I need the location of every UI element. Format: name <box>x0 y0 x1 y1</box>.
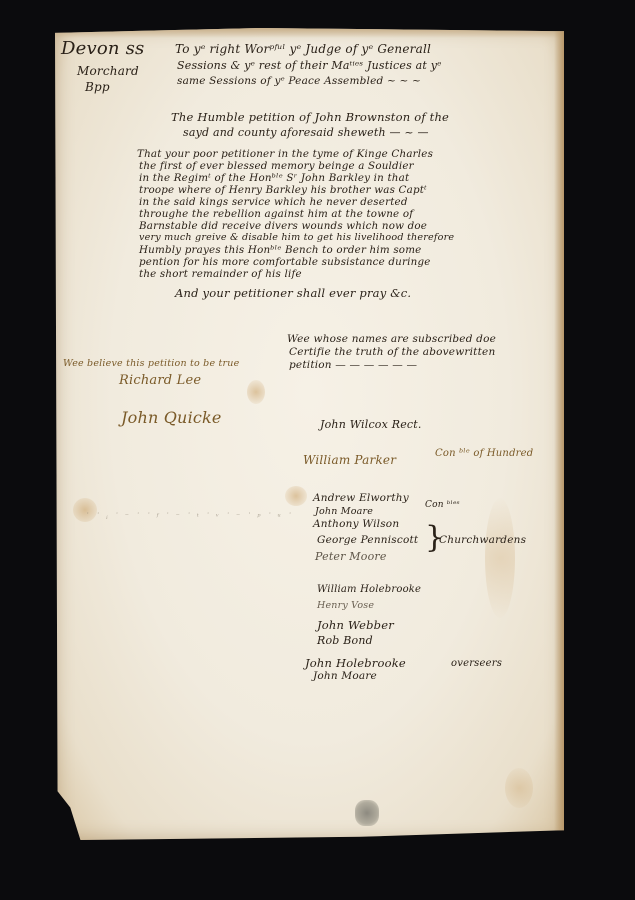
churchwardens-label: Churchwardens <box>439 534 526 546</box>
margin-heading-county: Devon ss <box>61 38 144 59</box>
body-line-5: in the said kings service which he never… <box>139 196 408 208</box>
signature-john-moare-constable: John Moare <box>315 506 373 517</box>
signature-william-parker: William Parker <box>303 453 396 467</box>
ink-stain <box>285 486 307 506</box>
body-line-4: troope where of Henry Barkley his brothe… <box>139 184 427 196</box>
certification-right-line-3: petition — — — — — — <box>289 359 417 371</box>
paper-damage-mark <box>355 800 379 826</box>
signature-george-penniscott: George Penniscott <box>317 534 418 546</box>
signature-anthony-wilson: Anthony Wilson <box>313 518 399 530</box>
constables-label: Con ᵇˡᵉˢ <box>425 500 460 510</box>
signature-john-moare-overseer: John Moare <box>313 670 377 682</box>
body-line-11: the short remainder of his life <box>139 268 302 280</box>
body-line-10: pention for his more comfortable subsist… <box>139 256 431 268</box>
water-stain <box>505 768 533 808</box>
signature-john-wilcox: John Wilcox Rect. <box>320 418 422 431</box>
margin-heading-parish: Morchard <box>77 64 139 78</box>
paper-edge-right <box>554 28 564 840</box>
body-line-3: in the Regimᵗ of the Honᵇˡᵉ Sʳ John Bark… <box>139 172 409 184</box>
signature-john-holebrooke: John Holebrooke <box>305 656 406 670</box>
ink-stain <box>247 380 265 404</box>
body-line-8: very much greive & disable him to get hi… <box>139 232 454 243</box>
manuscript-page: Devon ss Morchard Bpp To yᵉ right Worᵖᶠᵘ… <box>55 28 564 840</box>
signature-richard-lee: Richard Lee <box>119 373 201 388</box>
petition-title-line-2: sayd and county aforesaid sheweth — ~ — <box>183 126 429 139</box>
closing-line: And your petitioner shall ever pray &c. <box>175 286 411 300</box>
certification-right-line-1: Wee whose names are subscribed doe <box>287 333 496 345</box>
paper-edge-top <box>55 28 564 38</box>
address-line-2: Sessions & yᵉ rest of their Maᵗⁱᵉˢ Justi… <box>177 59 442 72</box>
body-line-1: That your poor petitioner in the tyme of… <box>137 148 433 160</box>
body-line-7: Barnstable did receive divers wounds whi… <box>139 220 427 232</box>
body-line-6: throughe the rebellion against him at th… <box>139 208 413 220</box>
margin-heading-abbr: Bpp <box>85 80 110 94</box>
faded-text: ˙ ˙ ᵢ ˙ ⁻ ˙ ˙ ᶠ ˙ ⁻ ˙ ᵗ ˙ ᵛ ˙ ⁻ ˙ ᵖ ˙ ᵘ … <box>85 512 293 521</box>
certification-left: Wee believe this petition to be true <box>63 358 239 369</box>
certification-right-line-2: Certifie the truth of the abovewritten <box>289 346 495 358</box>
signature-henry-vose: Henry Vose <box>317 600 374 611</box>
address-line-3: same Sessions of yᵉ Peace Assembled ~ ~ … <box>177 75 421 87</box>
signature-john-quicke: John Quicke <box>121 408 222 427</box>
signature-william-parker-title: Con ᵇˡᵉ of Hundred <box>435 448 533 459</box>
petition-title-line-1: The Humble petition of John Brownston of… <box>171 110 449 124</box>
body-line-9: Humbly prayes this Honᵇˡᵉ Bench to order… <box>139 244 421 256</box>
body-line-2: the first of ever blessed memory beinge … <box>139 160 414 172</box>
signature-william-holebrooke: William Holebrooke <box>317 584 421 595</box>
signature-peter-moore: Peter Moore <box>315 550 387 563</box>
signature-rob-bond: Rob Bond <box>317 634 373 647</box>
water-stain <box>485 498 515 618</box>
overseers-label: overseers <box>451 658 502 669</box>
signature-andrew-elworthy: Andrew Elworthy <box>313 492 409 504</box>
address-line-1: To yᵉ right Worᵖᶠᵘˡ yᵉ Judge of yᵉ Gener… <box>175 42 431 56</box>
signature-john-webber: John Webber <box>317 618 394 632</box>
